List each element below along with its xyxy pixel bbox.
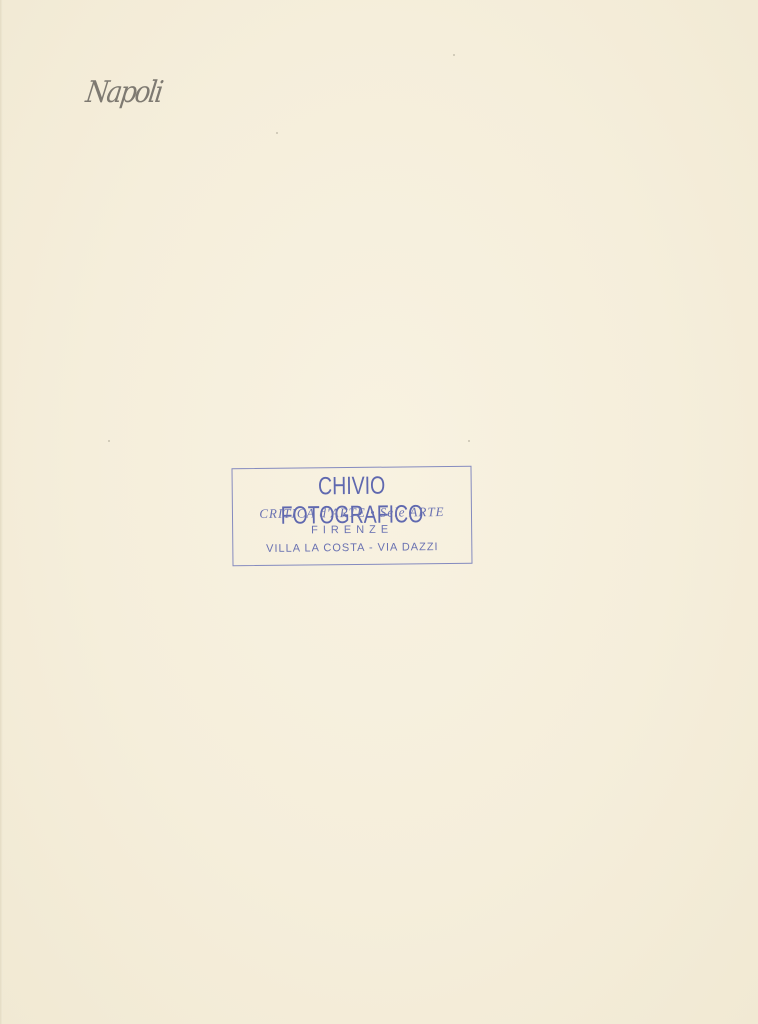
handwritten-note: Napoli [84, 76, 164, 111]
paper-speck [453, 54, 455, 56]
stamp-city: FIRENZE [233, 523, 471, 537]
archive-stamp: CHIVIO FOTOGRAFICO CRITICA d'ARTE • Sele… [231, 466, 472, 567]
paper-speck [108, 440, 110, 442]
paper-speck [276, 132, 278, 134]
paper-speck [468, 440, 470, 442]
stamp-title: CHIVIO FOTOGRAFICO [259, 471, 445, 531]
stamp-subtitle: CRITICA d'ARTE • Sele ARTE [233, 504, 471, 522]
paper-edge [0, 0, 3, 1024]
stamp-address: VILLA LA COSTA - VIA DAZZI [233, 541, 471, 555]
